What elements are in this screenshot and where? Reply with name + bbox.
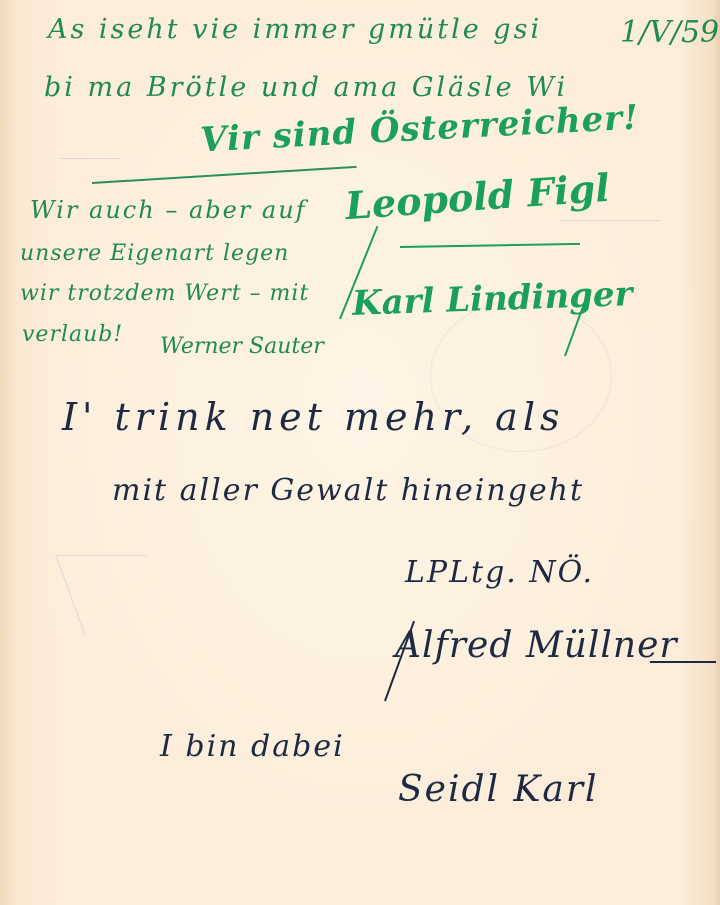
title-lpltg: LPLtg. NÖ. <box>405 558 594 588</box>
guestbook-page: As iseht vie immer gmütle gsi 1/V/59 bi … <box>0 0 720 905</box>
pencil-trace <box>560 220 660 221</box>
verse-blue-line-1: I' trink net mehr, als <box>62 398 564 436</box>
note-line-2: unsere Eigenart legen <box>20 243 289 265</box>
signature-lindinger: Karl Lindinger <box>351 277 633 321</box>
signature-seidl: Seidl Karl <box>398 772 599 808</box>
signature-figl: Leopold Figl <box>344 169 611 225</box>
note-line-4: verlaub! <box>22 324 123 346</box>
note-dabei: I bin dabei <box>160 732 345 762</box>
entry-date: 1/V/59 <box>620 18 719 48</box>
signature-tail <box>650 661 716 663</box>
signature-sauter: Werner Sauter <box>160 336 324 358</box>
signature-underline <box>400 243 580 248</box>
pencil-trace <box>60 158 120 159</box>
exclamation-line: Vir sind Österreicher! <box>199 101 639 158</box>
signature-muellner: Alfred Müllner <box>395 628 678 664</box>
verse-line-1: As iseht vie immer gmütle gsi <box>48 16 542 43</box>
note-line-3: wir trotzdem Wert – mit <box>20 283 309 305</box>
verse-blue-line-2: mit aller Gewalt hineingeht <box>112 476 584 506</box>
note-line-1: Wir auch – aber auf <box>30 198 307 222</box>
pencil-trace <box>55 555 175 636</box>
ink-stroke <box>92 166 357 184</box>
verse-line-2: bi ma Brötle und ama Gläsle Wi <box>44 74 568 101</box>
